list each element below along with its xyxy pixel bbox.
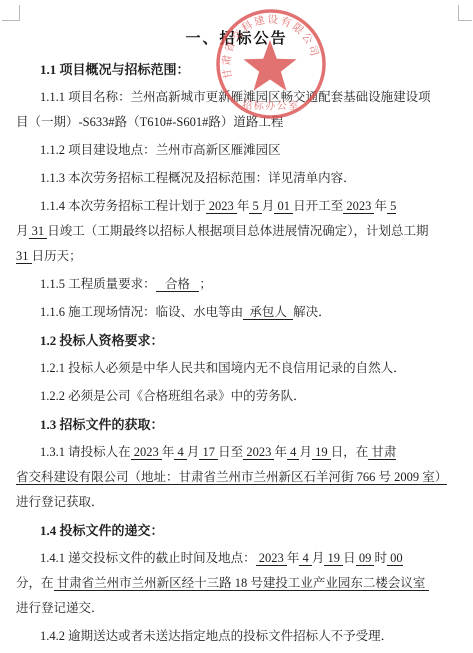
crop-mark-top-right	[458, 5, 459, 21]
text-segment: 日	[343, 551, 356, 565]
text-segment: 月	[312, 551, 325, 565]
text-segment: 1.1.1 项目名称：兰州高新城市更新雁滩园区畅交通配套基础设施建设项	[40, 90, 431, 104]
text-line: 进行登记获取．	[16, 490, 459, 515]
text-segment: 1.2 投标人资格要求：	[40, 333, 164, 348]
text-segment: 分，在	[16, 576, 54, 590]
filled-blank-underlined: 省交科建设有限公司（地址：甘肃省兰州市兰州新区石羊河街 766 号 2009 室…	[16, 470, 447, 485]
filled-blank-underlined: 2023	[206, 199, 237, 214]
text-line: 1.2.1 投标人必须是中华人民共和国境内无不良信用记录的自然人．	[16, 356, 459, 381]
text-segment: 1.1.5 工程质量要求：	[40, 277, 156, 291]
filled-blank-underlined: 2023	[343, 199, 374, 214]
text-segment: 月	[262, 199, 275, 213]
filled-blank-underlined: 2023	[243, 445, 274, 460]
text-line: 进行登记递交．	[16, 596, 459, 621]
filled-blank-underlined: 31	[29, 224, 48, 239]
section-heading-line: 1.2 投标人资格要求：	[16, 328, 459, 353]
text-line: 1.1.2 项目建设地点：兰州市高新区雁滩园区	[16, 138, 459, 163]
text-line: 1.3.1 请投标人在 2023 年 4 月 17 日至 2023 年 4 月 …	[16, 440, 459, 465]
text-segment: 月	[16, 224, 29, 238]
section-heading-line: 1.4 投标文件的递交：	[16, 518, 459, 543]
filled-blank-underlined: 09	[356, 551, 375, 566]
filled-blank-underlined: 17	[199, 445, 218, 460]
filled-blank-underlined: 31	[16, 249, 32, 264]
text-segment: 月	[187, 445, 200, 459]
text-segment: 进行登记递交．	[16, 601, 104, 615]
text-segment: 1.1.3 本次劳务招标工程概况及招标范围：详见清单内容．	[40, 171, 356, 185]
text-line: 1.2.2 必须是公司《合格班组名录》中的劳务队．	[16, 384, 459, 409]
filled-blank-underlined: 19	[324, 551, 343, 566]
text-segment: 日开工至	[293, 199, 343, 213]
text-segment: 年	[287, 551, 300, 565]
filled-blank-underlined: 4	[174, 445, 187, 460]
text-segment: 1.1.2 项目建设地点：兰州市高新区雁滩园区	[40, 143, 281, 157]
text-segment: 月	[299, 445, 312, 459]
text-line: 目（一期）-S633#路（T610#-S601#路）道路工程	[16, 110, 459, 135]
filled-blank-underlined: 甘肃省兰州市兰州新区经十三路 18 号建投工业产业园东二楼会议室	[54, 576, 429, 591]
text-segment: 1.1.6 施工现场情况：临设、水电等由	[40, 305, 243, 319]
text-segment: 年	[237, 199, 250, 213]
filled-blank-underlined: 4	[299, 551, 312, 566]
document-body: 1.1 项目概况与招标范围：1.1.1 项目名称：兰州高新城市更新雁滩园区畅交通…	[16, 54, 459, 649]
section-heading-line: 1.1 项目概况与招标范围：	[16, 57, 459, 82]
text-line: 1.1.4 本次劳务招标工程计划于 2023 年 5 月 01 日开工至 202…	[16, 194, 459, 219]
text-segment: 日历天；	[32, 249, 82, 263]
text-segment: 1.1.4 本次劳务招标工程计划于	[40, 199, 206, 213]
text-line: 1.1.1 项目名称：兰州高新城市更新雁滩园区畅交通配套基础设施建设项	[16, 85, 459, 110]
text-segment: ；	[199, 277, 212, 291]
text-segment: 年	[162, 445, 175, 459]
text-line: 1.1.6 施工现场情况：临设、水电等由 承包人 解决．	[16, 300, 459, 325]
text-line: 省交科建设有限公司（地址：甘肃省兰州市兰州新区石羊河街 766 号 2009 室…	[16, 465, 459, 490]
filled-blank-underlined: 5	[249, 199, 262, 214]
text-line: 1.1.3 本次劳务招标工程概况及招标范围：详见清单内容．	[16, 166, 459, 191]
text-line: 1.4.1 递交投标文件的截止时间及地点： 2023 年 4 月 19 日 09…	[16, 546, 459, 571]
text-segment: 进行登记获取．	[16, 495, 104, 509]
text-line: 分，在 甘肃省兰州市兰州新区经十三路 18 号建投工业产业园东二楼会议室	[16, 571, 459, 596]
text-segment: 日，在	[331, 445, 369, 459]
filled-blank-underlined: 01	[274, 199, 293, 214]
text-line: 月 31 日竣工（工期最终以招标人根据项目总体进展情况确定），计划总工期	[16, 219, 459, 244]
page-title: 一、招标公告	[0, 27, 473, 48]
text-segment: 1.3 招标文件的获取：	[40, 417, 164, 432]
text-segment: 1.2.2 必须是公司《合格班组名录》中的劳务队．	[40, 389, 306, 403]
text-segment: 1.4.1 递交投标文件的截止时间及地点：	[40, 551, 256, 565]
text-segment: 年	[374, 199, 387, 213]
filled-blank-underlined: 2023	[256, 551, 287, 566]
section-heading-line: 1.3 招标文件的获取：	[16, 412, 459, 437]
filled-blank-underlined: 甘肃	[368, 445, 396, 460]
filled-blank-underlined: 2023	[131, 445, 162, 460]
text-segment: 解决．	[293, 305, 331, 319]
text-segment: 目（一期）-S633#路（T610#-S601#路）道路工程	[16, 115, 283, 129]
text-segment: 1.2.1 投标人必须是中华人民共和国境内无不良信用记录的自然人．	[40, 361, 406, 375]
filled-blank-underlined: 00	[387, 551, 403, 566]
text-line: 1.4.2 逾期送达或者未送达指定地点的投标文件招标人不予受理．	[16, 624, 459, 649]
text-segment: 时	[374, 551, 387, 565]
text-segment: 年	[274, 445, 287, 459]
filled-blank-underlined: 5	[387, 199, 396, 214]
filled-blank-underlined: 19	[312, 445, 331, 460]
crop-mark-top-left	[19, 5, 20, 21]
text-segment: 1.4.2 逾期送达或者未送达指定地点的投标文件招标人不予受理．	[40, 629, 393, 643]
filled-blank-underlined: 合格	[156, 277, 200, 292]
filled-blank-underlined: 4	[287, 445, 300, 460]
text-segment: 1.3.1 请投标人在	[40, 445, 131, 459]
text-segment: 1.1 项目概况与招标范围：	[40, 62, 190, 77]
text-segment: 日至	[218, 445, 243, 459]
text-line: 31 日历天；	[16, 244, 459, 269]
filled-blank-underlined: 承包人	[243, 305, 293, 320]
text-segment: 日竣工（工期最终以招标人根据项目总体进展情况确定），计划总工期	[47, 224, 428, 238]
crop-mark-top-right	[459, 20, 472, 21]
crop-mark-top-left	[2, 20, 19, 21]
text-line: 1.1.5 工程质量要求： 合格 ；	[16, 272, 459, 297]
text-segment: 1.4 投标文件的递交：	[40, 523, 164, 538]
document-page: 一、招标公告 1.1 项目概况与招标范围：1.1.1 项目名称：兰州高新城市更新…	[0, 0, 473, 653]
